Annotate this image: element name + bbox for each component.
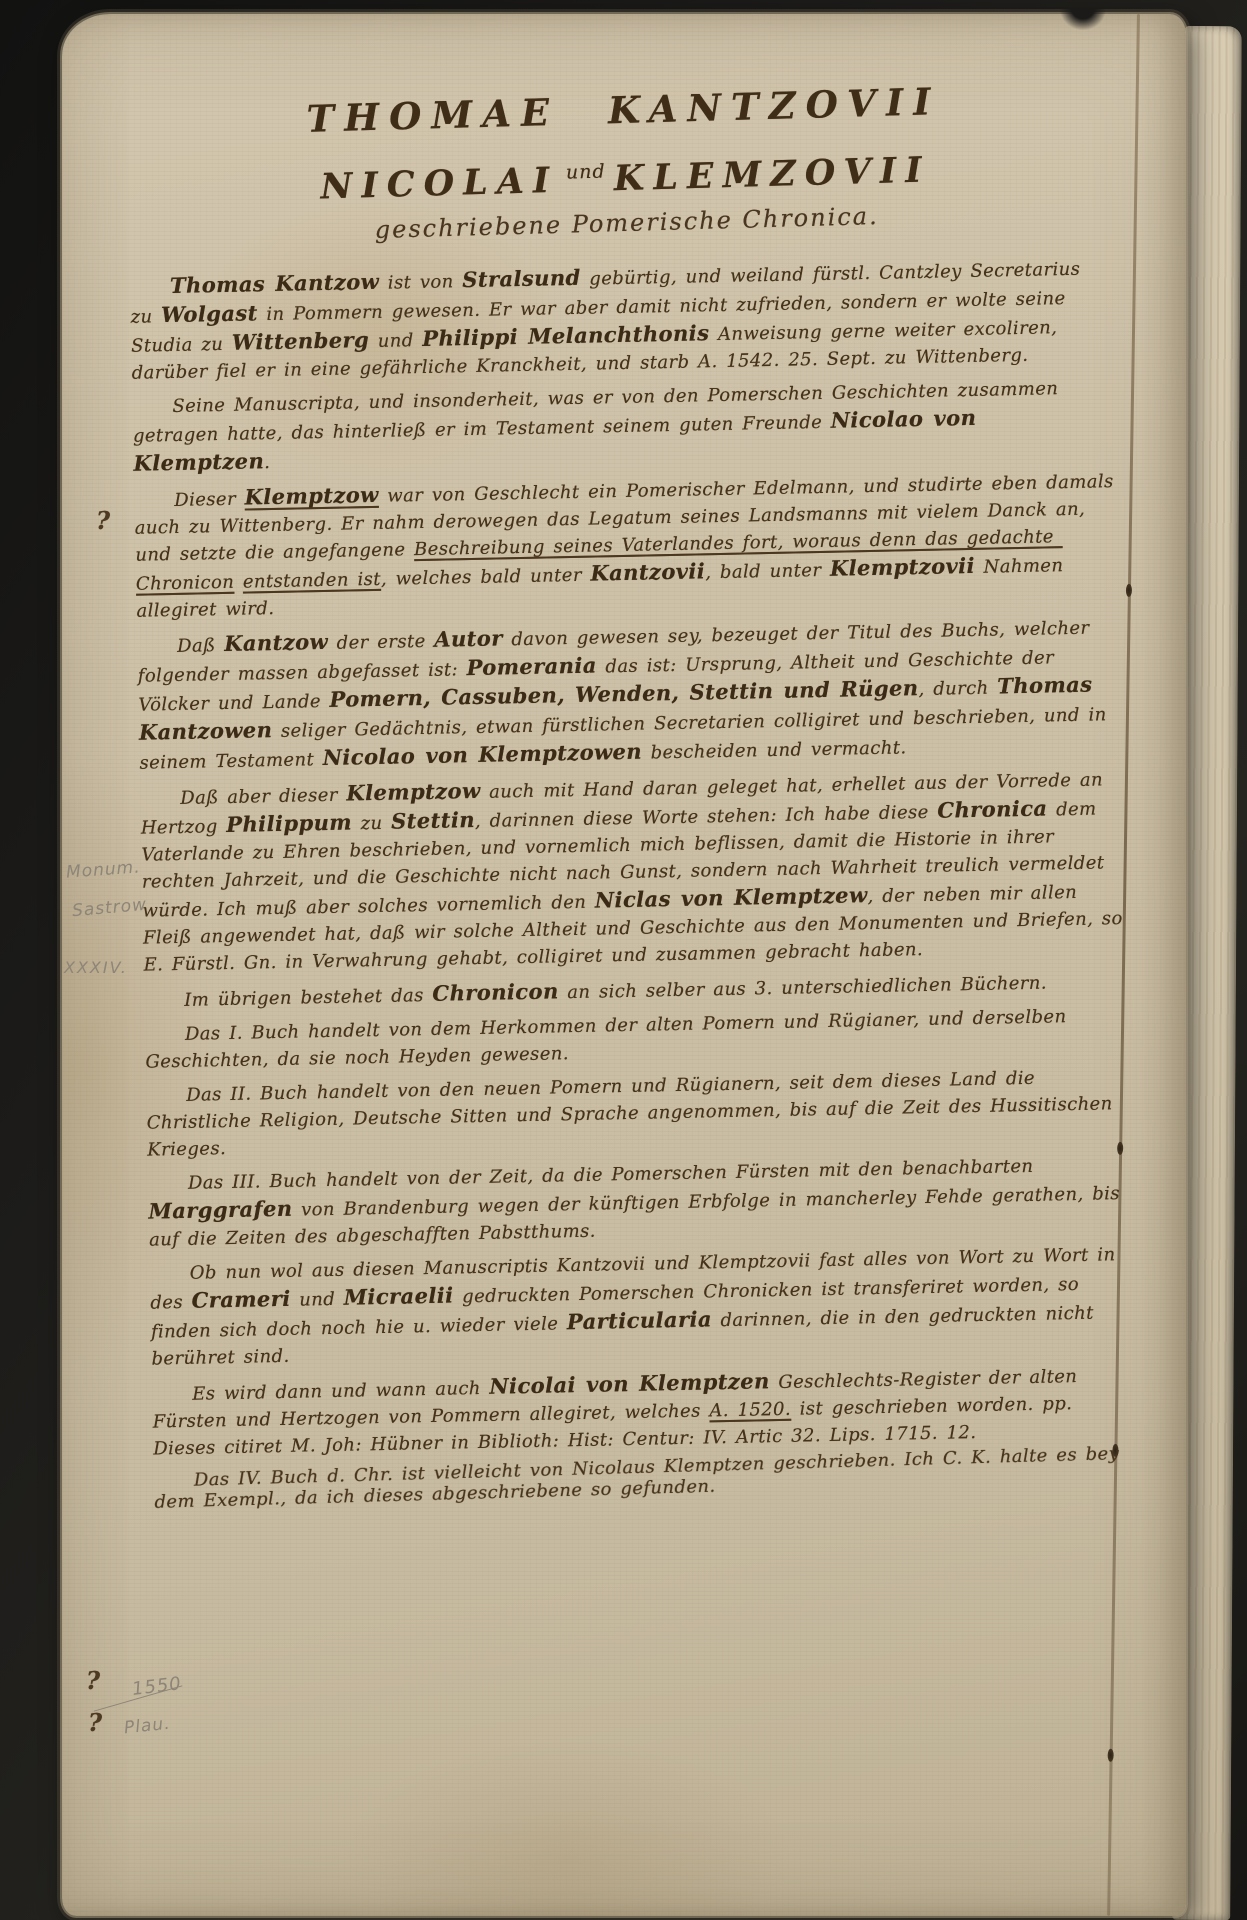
manuscript-paragraph: Daß Kantzow der erste Autor davon gewese… <box>137 612 1120 777</box>
handwritten-text-segment: , durch <box>918 677 997 700</box>
handwritten-text-segment: Crameri <box>191 1286 291 1313</box>
handwritten-text-segment: Wolgast <box>161 300 258 327</box>
manuscript-paragraph: Dieser Klemptzow war von Geschlecht ein … <box>134 466 1117 625</box>
manuscript-title-block: THOMAE KANTZOVII NICOLAIundKLEMZOVII ges… <box>59 0 1189 253</box>
handwritten-text-segment: Philippi Melanchthonis <box>422 320 710 351</box>
handwritten-text-segment: Marggrafen <box>148 1196 292 1224</box>
manuscript-paragraph: Ob nun wol aus diesen Manuscriptis Kantz… <box>150 1241 1132 1373</box>
handwritten-text-segment: Nicolai von Klemptzen <box>489 1368 770 1399</box>
handwritten-text-segment: Kantzow <box>224 629 328 656</box>
handwritten-text-segment: Es wird dann und wann auch <box>192 1378 490 1405</box>
handwritten-text-segment: Dieser <box>174 489 245 511</box>
handwritten-text-segment: von Brandenburg wegen der künftigen Erbf… <box>149 1183 1129 1251</box>
manuscript-paragraph: Seine Manuscripta, und insonderheit, was… <box>132 374 1114 479</box>
title-klemzovii: KLEMZOVII <box>613 149 931 199</box>
handwritten-text-segment: Klemptzow <box>244 482 379 510</box>
handwritten-text-segment: Klemptzow <box>346 778 481 806</box>
handwritten-text-segment: bescheiden und vermacht. <box>642 737 907 763</box>
handwritten-text-segment: zu <box>352 813 392 835</box>
handwritten-text-segment: Daß aber dieser <box>180 785 347 809</box>
manuscript-body: Thomas Kantzow ist von Stralsund gebürti… <box>50 252 1199 1510</box>
handwritten-text-segment: Daß <box>177 635 224 657</box>
manuscript-paragraph: Thomas Kantzow ist von Stralsund gebürti… <box>130 253 1112 387</box>
handwritten-text-segment: ist von <box>379 271 462 294</box>
handwritten-text-segment: entstanden ist <box>243 569 381 593</box>
stitch-hole <box>1108 1749 1114 1762</box>
manuscript-paragraph: Das I. Buch handelt von dem Herkommen de… <box>145 1002 1126 1076</box>
handwritten-text-segment: Pomerania <box>466 653 597 681</box>
handwritten-text-segment: Autor <box>434 625 503 651</box>
pencil-note-plau: Plau. <box>123 1714 171 1739</box>
handwritten-text-segment: , darinnen diese Worte stehen: Ich habe … <box>475 802 938 832</box>
handwritten-text-segment: Stettin <box>391 807 475 834</box>
manuscript-paragraph: Daß aber dieser Klemptzow auch mit Hand … <box>140 764 1124 979</box>
handwritten-text-segment: der erste <box>328 631 435 654</box>
handwritten-text-segment: und <box>369 330 423 352</box>
pencil-note-roman-numeral: XXXIV. <box>64 958 128 977</box>
handwritten-text-segment: , bald unter <box>705 560 830 584</box>
margin-question-mark-2: ? <box>86 1666 100 1695</box>
handwritten-text-segment: Das I. Buch handelt von dem Herkommen de… <box>145 1006 1075 1073</box>
manuscript-paragraph: Das III. Buch handelt von der Zeit, da d… <box>148 1151 1129 1254</box>
manuscript-page: THOMAE KANTZOVII NICOLAIundKLEMZOVII ges… <box>62 14 1186 1916</box>
handwritten-text-segment: Niclas von Klemptzew <box>595 882 868 912</box>
margin-question-mark-3: ? <box>88 1708 102 1737</box>
handwritten-text-segment: . <box>264 452 271 473</box>
margin-question-mark-1: ? <box>96 506 110 535</box>
photograph-background: THOMAE KANTZOVII NICOLAIundKLEMZOVII ges… <box>0 0 1247 1920</box>
handwritten-text-segment: Micraelii <box>343 1283 453 1310</box>
manuscript-paragraph: Das II. Buch handelt von den neuen Pomer… <box>146 1063 1127 1164</box>
title-line-authors-1: THOMAE KANTZOVII <box>61 72 1186 147</box>
handwritten-text-segment: Nicolao von Klemptzowen <box>322 739 642 770</box>
title-nicolai: NICOLAI <box>320 160 559 208</box>
handwritten-text-segment: Das II. Buch handelt von den neuen Pomer… <box>147 1068 1122 1161</box>
handwritten-text-segment: Stralsund <box>462 265 581 292</box>
handwritten-text-segment <box>234 572 243 593</box>
handwritten-text-segment: Thomas Kantzow <box>170 269 380 298</box>
title-line-authors-2: NICOLAIundKLEMZOVII <box>320 149 931 207</box>
handwritten-text-segment: Wittenberg <box>232 327 370 355</box>
handwritten-text-segment: Klemptzovii <box>830 553 975 581</box>
handwritten-text-segment: A. 1520. <box>709 1399 791 1422</box>
title-und-superscript: und <box>566 161 606 184</box>
handwritten-text-segment: Chronicon <box>432 978 559 1006</box>
handwritten-text-segment: Chronica <box>937 795 1048 822</box>
title-subtitle: geschriebene Pomerische Chronica. <box>65 193 1189 252</box>
handwritten-text-segment: Philippum <box>226 809 352 837</box>
handwritten-text-segment: Im übrigen bestehet das <box>184 985 433 1011</box>
handwritten-text-segment: und <box>290 1289 344 1311</box>
handwritten-text-segment: Kantzovii <box>590 558 705 585</box>
handwritten-text-segment: , welches bald unter <box>381 565 591 590</box>
handwritten-text-segment: Particularia <box>567 1306 712 1334</box>
handwritten-text-segment: an sich selber aus 3. unterschiedlichen … <box>558 973 1047 1004</box>
